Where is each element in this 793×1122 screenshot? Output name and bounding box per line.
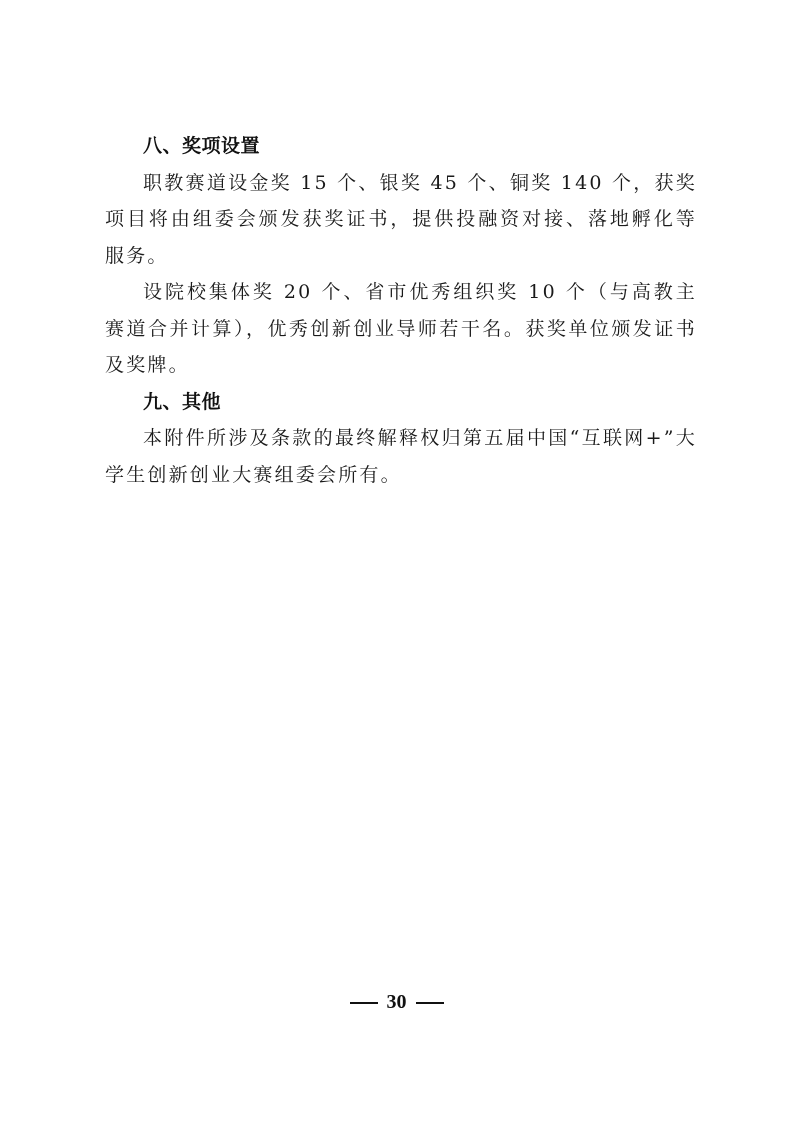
paragraph-collective-awards: 设院校集体奖 20 个、省市优秀组织奖 10 个（与高教主赛道合并计算），优秀创… xyxy=(105,274,697,384)
page-number: 30 xyxy=(387,991,407,1013)
paragraph-interpretation-rights: 本附件所涉及条款的最终解释权归第五届中国“互联网+”大学生创新创业大赛组委会所有… xyxy=(105,420,697,493)
dash-left-decoration xyxy=(350,1002,378,1004)
section-other: 九、其他 本附件所涉及条款的最终解释权归第五届中国“互联网+”大学生创新创业大赛… xyxy=(105,384,697,494)
section-awards: 八、奖项设置 职教赛道设金奖 15 个、银奖 45 个、铜奖 140 个，获奖项… xyxy=(105,128,697,384)
document-page: 八、奖项设置 职教赛道设金奖 15 个、银奖 45 个、铜奖 140 个，获奖项… xyxy=(0,0,793,1122)
page-footer: 30 xyxy=(0,988,793,1016)
dash-right-decoration xyxy=(416,1002,444,1004)
paragraph-vocational-awards: 职教赛道设金奖 15 个、银奖 45 个、铜奖 140 个，获奖项目将由组委会颁… xyxy=(105,165,697,275)
document-body: 八、奖项设置 职教赛道设金奖 15 个、银奖 45 个、铜奖 140 个，获奖项… xyxy=(105,128,697,493)
section-heading-other: 九、其他 xyxy=(105,384,697,421)
section-heading-awards: 八、奖项设置 xyxy=(105,128,697,165)
